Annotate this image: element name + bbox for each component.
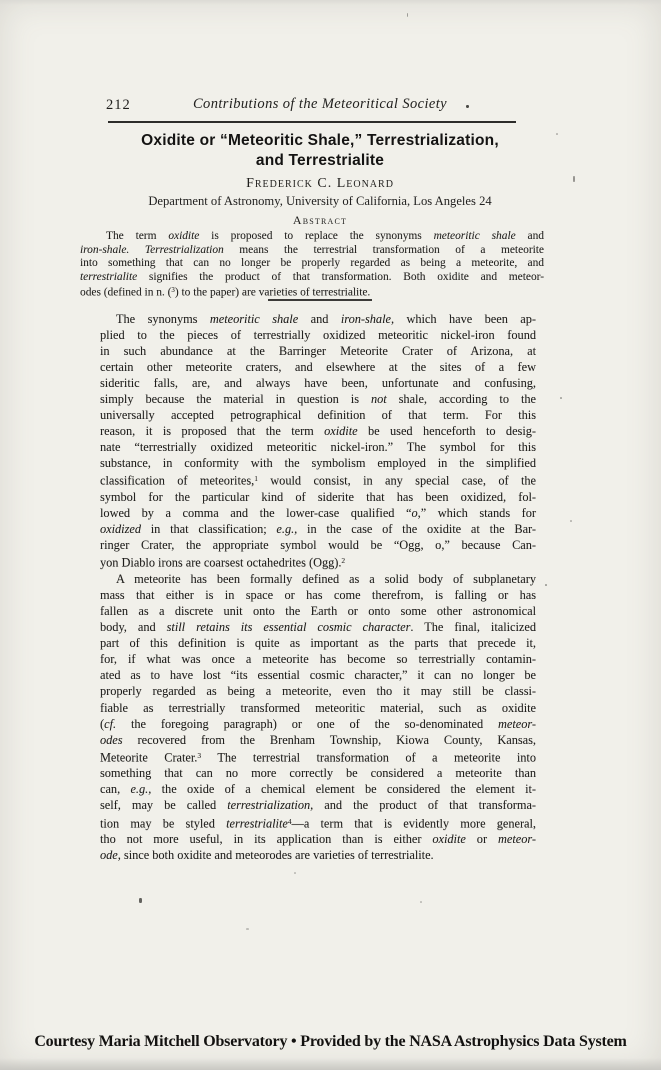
title-line-2: and Terrestrialite (70, 151, 570, 171)
text-line: tion may be styled terrestrialite4—a ter… (100, 814, 536, 832)
text-line: can, e.g., the oxide of a chemical eleme… (100, 781, 536, 797)
text-line: nate “terrestrially oxidized meteoritic … (100, 439, 536, 455)
text-line: ated as to have lost “its essential cosm… (100, 667, 536, 683)
header-rule (108, 121, 516, 123)
scan-speck (466, 105, 469, 108)
text-line: fallen as a discrete unit onto the Earth… (100, 603, 536, 619)
text-line: odes recovered from the Brenham Township… (100, 732, 536, 748)
text-line: in such abundance at the Barringer Meteo… (100, 343, 536, 359)
scan-speck (407, 13, 408, 17)
text-line: fiable as terrestrially transformed mete… (100, 700, 536, 716)
text-line: body, and still retains its essential co… (100, 619, 536, 635)
text-line: iron-shale. Terrestrialization means the… (80, 244, 544, 258)
scan-speck (570, 520, 572, 522)
text-line: symbol for the particular kind of sideri… (100, 489, 536, 505)
scanned-paper-page: 212 Contributions of the Meteoritical So… (0, 0, 661, 1070)
text-line: into something that can no longer be pro… (80, 257, 544, 271)
scan-speck (420, 901, 422, 903)
text-line: mass that either is in space or has come… (100, 587, 536, 603)
text-line: sideritic falls, are, and always have be… (100, 375, 536, 391)
text-line: ode, since both oxidite and meteorodes a… (100, 847, 536, 863)
text-line: A meteorite has been formally defined as… (100, 571, 536, 587)
text-line: lowed by a comma and the lower-case qual… (100, 505, 536, 521)
scan-edge-top (0, 0, 661, 5)
article-title: Oxidite or “Meteoritic Shale,” Terrestri… (70, 131, 570, 171)
scan-speck (246, 928, 249, 930)
text-line: for, if what was once a meteorite has be… (100, 651, 536, 667)
text-line: universally accepted petrographical defi… (100, 407, 536, 423)
text-line: tho not more useful, in its application … (100, 831, 536, 847)
footer-credit: Courtesy Maria Mitchell Observatory • Pr… (0, 1033, 661, 1051)
scan-speck (573, 176, 575, 182)
body-text: The synonyms meteoritic shale and iron-s… (100, 311, 536, 863)
text-line: substance, in conformity with the symbol… (100, 455, 536, 471)
scan-speck (139, 898, 142, 903)
text-line: something that can no more correctly be … (100, 765, 536, 781)
abstract-heading: Abstract (70, 213, 570, 228)
abstract-text: The term oxidite is proposed to replace … (80, 230, 544, 300)
abstract-rule (268, 299, 372, 301)
text-line: The term oxidite is proposed to replace … (80, 230, 544, 244)
text-line: The synonyms meteoritic shale and iron-s… (100, 311, 536, 327)
scan-speck (294, 872, 296, 874)
affiliation: Department of Astronomy, University of C… (70, 194, 570, 209)
text-line: (cf. the foregoing paragraph) or one of … (100, 716, 536, 732)
text-line: part of this definition is quite as impo… (100, 635, 536, 651)
scan-edge-bottom (0, 1058, 661, 1070)
text-line: plied to the pieces of terrestrially oxi… (100, 327, 536, 343)
text-line: ringer Crater, the appropriate symbol wo… (100, 537, 536, 553)
scan-speck (556, 133, 558, 135)
text-line: reason, it is proposed that the term oxi… (100, 423, 536, 439)
paragraph-2: A meteorite has been formally defined as… (100, 571, 536, 863)
text-line: yon Diablo irons are coarsest octahedrit… (100, 553, 536, 571)
text-line: Meteorite Crater.3 The terrestrial trans… (100, 748, 536, 766)
text-line: certain other meteorite craters, and els… (100, 359, 536, 375)
text-line: oxidized in that classification; e.g., i… (100, 521, 536, 537)
running-head: Contributions of the Meteoritical Societ… (100, 96, 540, 113)
text-line: classification of meteorites,1 would con… (100, 471, 536, 489)
scan-speck (545, 584, 547, 586)
text-line: odes (defined in n. (3) to the paper) ar… (80, 284, 544, 300)
paragraph-1: The synonyms meteoritic shale and iron-s… (100, 311, 536, 571)
text-line: simply because the material in question … (100, 391, 536, 407)
text-line: terrestrialite signifies the product of … (80, 271, 544, 285)
author-name: Frederick C. Leonard (70, 176, 570, 192)
title-line-1: Oxidite or “Meteoritic Shale,” Terrestri… (70, 131, 570, 151)
scan-speck (560, 397, 562, 399)
text-line: self, may be called terrestrialization, … (100, 797, 536, 813)
text-line: properly regarded as being a meteorite, … (100, 683, 536, 699)
